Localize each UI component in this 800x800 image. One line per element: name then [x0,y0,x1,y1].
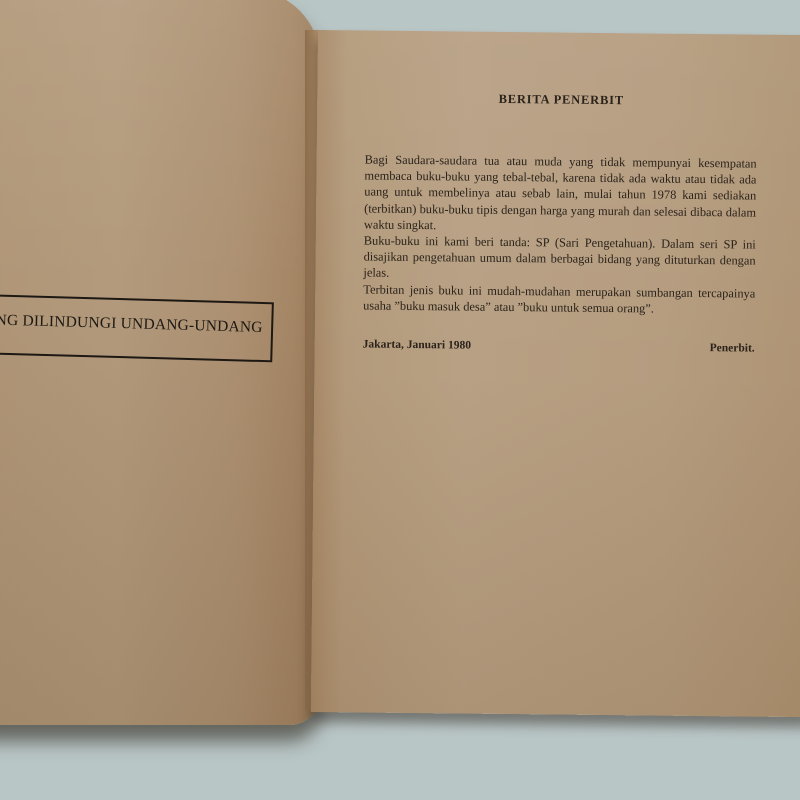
left-page: ANG DILINDUNGI UNDANG-UNDANG [0,0,320,725]
paragraph: Terbitan jenis buku ini mudah-mudahan me… [363,281,755,318]
place-date: Jakarta, Januari 1980 [363,339,471,352]
publisher-signature: Penerbit. [710,342,755,354]
page-title: BERITA PENERBIT [365,90,757,109]
signature-line: Jakarta, Januari 1980 Penerbit. [363,339,755,355]
publisher-note-body: Bagi Saudara-saudara tua atau muda yang … [363,151,757,317]
open-book-photo: ANG DILINDUNGI UNDANG-UNDANG BERITA PENE… [0,0,800,800]
paragraph: Bagi Saudara-saudara tua atau muda yang … [364,151,757,236]
right-page: BERITA PENERBIT Bagi Saudara-saudara tua… [311,30,800,717]
paragraph: Buku-buku ini kami beri tanda: SP (Sari … [363,233,755,286]
copyright-notice: ANG DILINDUNGI UNDANG-UNDANG [0,311,263,337]
publisher-note: BERITA PENERBIT Bagi Saudara-saudara tua… [363,90,758,354]
copyright-notice-box: ANG DILINDUNGI UNDANG-UNDANG [0,293,274,362]
